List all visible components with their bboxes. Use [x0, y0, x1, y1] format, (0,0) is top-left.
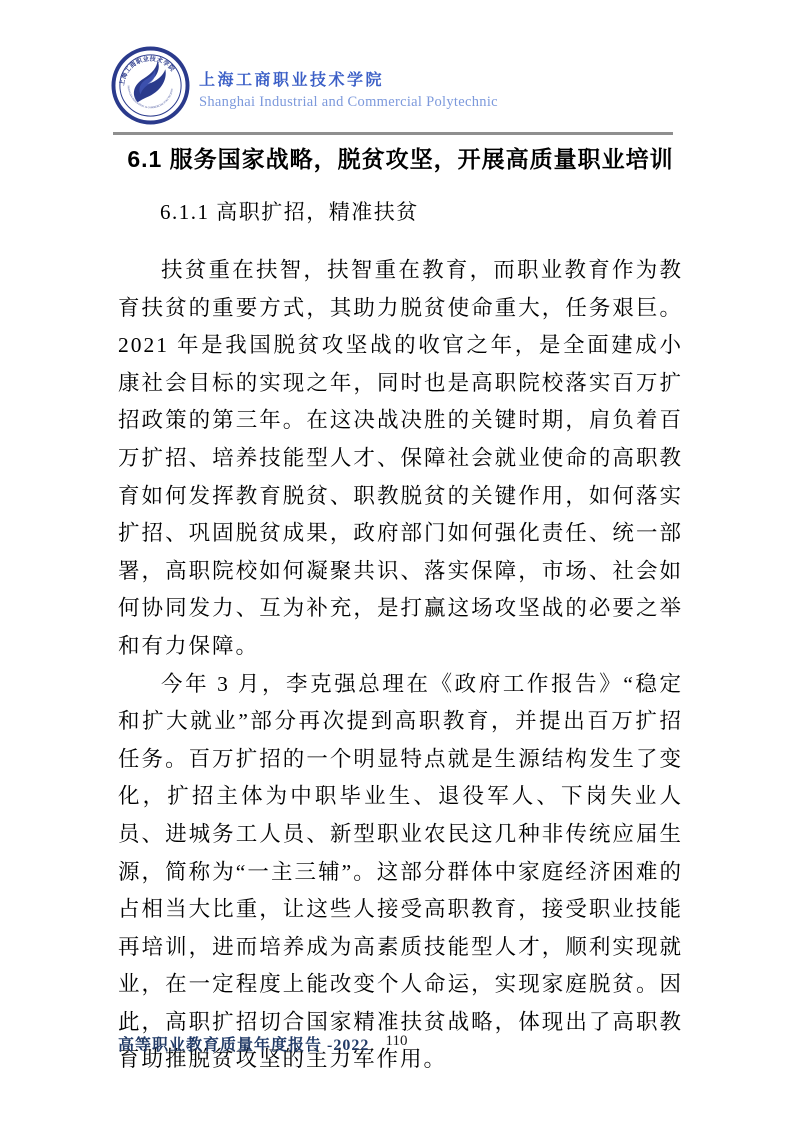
school-name-block: 上海工商职业技术学院 Shanghai Industrial and Comme… — [199, 46, 498, 111]
section-heading: 6.1 服务国家战略，脱贫攻坚，开展高质量职业培训 — [118, 144, 683, 175]
subsection-heading: 6.1.1 高职扩招，精准扶贫 — [160, 198, 683, 226]
paragraph-2: 今年 3 月，李克强总理在《政府工作报告》“稳定和扩大就业”部分再次提到高职教育… — [118, 666, 683, 1080]
footer-report-title: 高等职业教育质量年度报告 -2022 — [118, 1032, 369, 1055]
paragraph-1: 扶贫重在扶智，扶智重在教育，而职业教育作为教育扶贫的重要方式，其助力脱贫使命重大… — [118, 252, 683, 666]
page-header: 上海工商职业技术学院 SHANGHAI INDUSTRIAL & COMMERC… — [111, 46, 498, 125]
school-logo-icon: 上海工商职业技术学院 SHANGHAI INDUSTRIAL & COMMERC… — [111, 46, 190, 125]
page-footer: 高等职业教育质量年度报告 -2022 110 — [0, 1032, 793, 1060]
school-name-zh: 上海工商职业技术学院 — [199, 67, 498, 90]
document-body: 6.1 服务国家战略，脱贫攻坚，开展高质量职业培训 6.1.1 高职扩招，精准扶… — [118, 140, 683, 1079]
header-divider — [113, 132, 673, 135]
page-number: 110 — [386, 1033, 408, 1050]
body-text: 扶贫重在扶智，扶智重在教育，而职业教育作为教育扶贫的重要方式，其助力脱贫使命重大… — [118, 252, 683, 1079]
document-page: 上海工商职业技术学院 SHANGHAI INDUSTRIAL & COMMERC… — [0, 0, 793, 1122]
school-name-en: Shanghai Industrial and Commercial Polyt… — [199, 94, 498, 111]
